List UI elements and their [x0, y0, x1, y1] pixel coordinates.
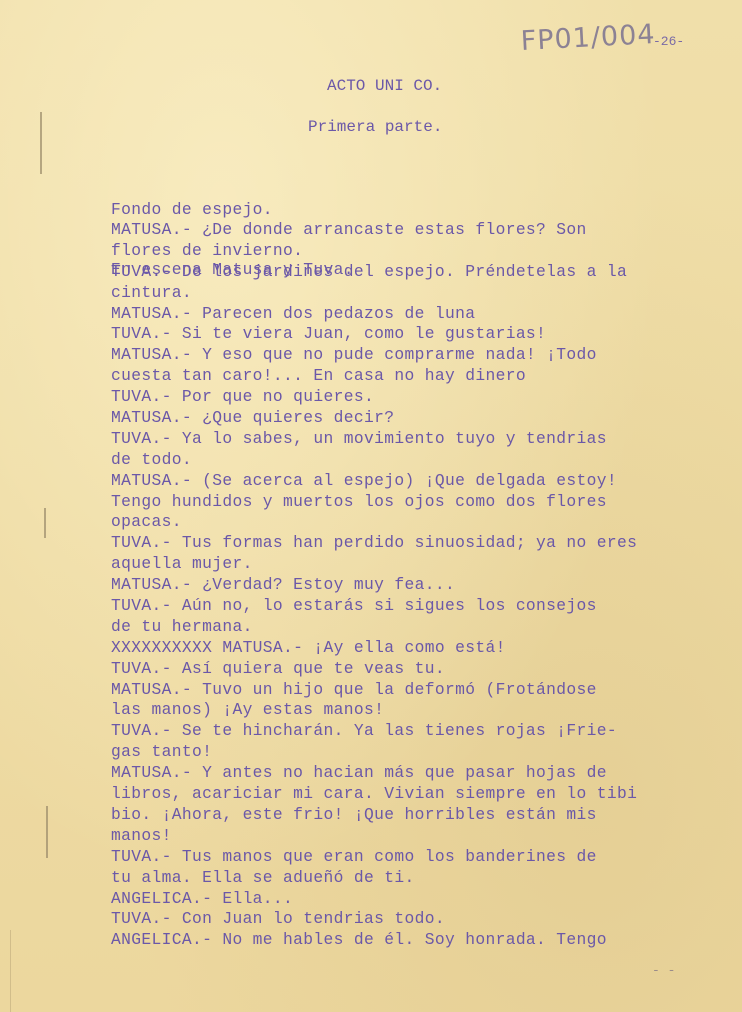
dialogue-line: manos!	[111, 826, 637, 847]
dialogue-line: TUVA.- De los jardines del espejo. Prénd…	[111, 262, 637, 283]
footer-mark: - -	[652, 963, 675, 978]
stage-direction-line: Fondo de espejo.	[111, 200, 354, 220]
dialogue-line: libros, acariciar mi cara. Vivian siempr…	[111, 784, 637, 805]
dialogue-line: flores de invierno.	[111, 241, 637, 262]
dialogue-line: ANGELICA.- Ella...	[111, 889, 637, 910]
dialogue-line: TUVA.- Aún no, lo estarás si sigues los …	[111, 596, 637, 617]
dialogue-line: MATUSA.- ¿Verdad? Estoy muy fea...	[111, 575, 637, 596]
page-number: -26-	[653, 34, 684, 49]
dialogue-line: TUVA.- Tus formas han perdido sinuosidad…	[111, 533, 637, 554]
dialogue-line: TUVA.- Así quiera que te veas tu.	[111, 659, 637, 680]
dialogue-line: de tu hermana.	[111, 617, 637, 638]
dialogue-line: XXXXXXXXXX MATUSA.- ¡Ay ella como está!	[111, 638, 637, 659]
part-title: Primera parte.	[308, 118, 442, 136]
dialogue-line: cuesta tan caro!... En casa no hay diner…	[111, 366, 637, 387]
dialogue-line: las manos) ¡Ay estas manos!	[111, 700, 637, 721]
archive-code: FP01/004	[520, 19, 656, 57]
dialogue-line: gas tanto!	[111, 742, 637, 763]
dialogue-line: opacas.	[111, 512, 637, 533]
dialogue-line: aquella mujer.	[111, 554, 637, 575]
dialogue-line: MATUSA.- Y antes no hacian más que pasar…	[111, 763, 637, 784]
dialogue-line: tu alma. Ella se adueñó de ti.	[111, 868, 637, 889]
margin-punch-mark	[46, 806, 48, 858]
dialogue-line: MATUSA.- Tuvo un hijo que la deformó (Fr…	[111, 680, 637, 701]
dialogue-line: ANGELICA.- No me hables de él. Soy honra…	[111, 930, 637, 951]
dialogue-line: TUVA.- Ya lo sabes, un movimiento tuyo y…	[111, 429, 637, 450]
margin-punch-mark	[44, 508, 46, 538]
dialogue-line: TUVA.- Tus manos que eran como los bande…	[111, 847, 637, 868]
dialogue-line: TUVA.- Por que no quieres.	[111, 387, 637, 408]
dialogue-line: MATUSA.- ¿De donde arrancaste estas flor…	[111, 220, 637, 241]
dialogue-line: bio. ¡Ahora, este frio! ¡Que horribles e…	[111, 805, 637, 826]
dialogue-line: de todo.	[111, 450, 637, 471]
typewritten-page: FP01/004 -26- ACTO UNI CO. Primera parte…	[0, 0, 742, 1012]
dialogue-line: TUVA.- Con Juan lo tendrias todo.	[111, 909, 637, 930]
dialogue-line: MATUSA.- ¿Que quieres decir?	[111, 408, 637, 429]
margin-punch-mark	[40, 112, 42, 174]
page-edge	[0, 930, 11, 1012]
dialogue-line: MATUSA.- Parecen dos pedazos de luna	[111, 304, 637, 325]
dialogue-line: TUVA.- Si te viera Juan, como le gustari…	[111, 324, 637, 345]
dialogue-line: MATUSA.- (Se acerca al espejo) ¡Que delg…	[111, 471, 637, 492]
dialogue-line: MATUSA.- Y eso que no pude comprarme nad…	[111, 345, 637, 366]
dialogue-line: TUVA.- Se te hincharán. Ya las tienes ro…	[111, 721, 637, 742]
dialogue-line: cintura.	[111, 283, 637, 304]
dialogue-line: Tengo hundidos y muertos los ojos como d…	[111, 492, 637, 513]
act-title: ACTO UNI CO.	[327, 77, 442, 95]
dialogue-block: MATUSA.- ¿De donde arrancaste estas flor…	[111, 220, 637, 951]
